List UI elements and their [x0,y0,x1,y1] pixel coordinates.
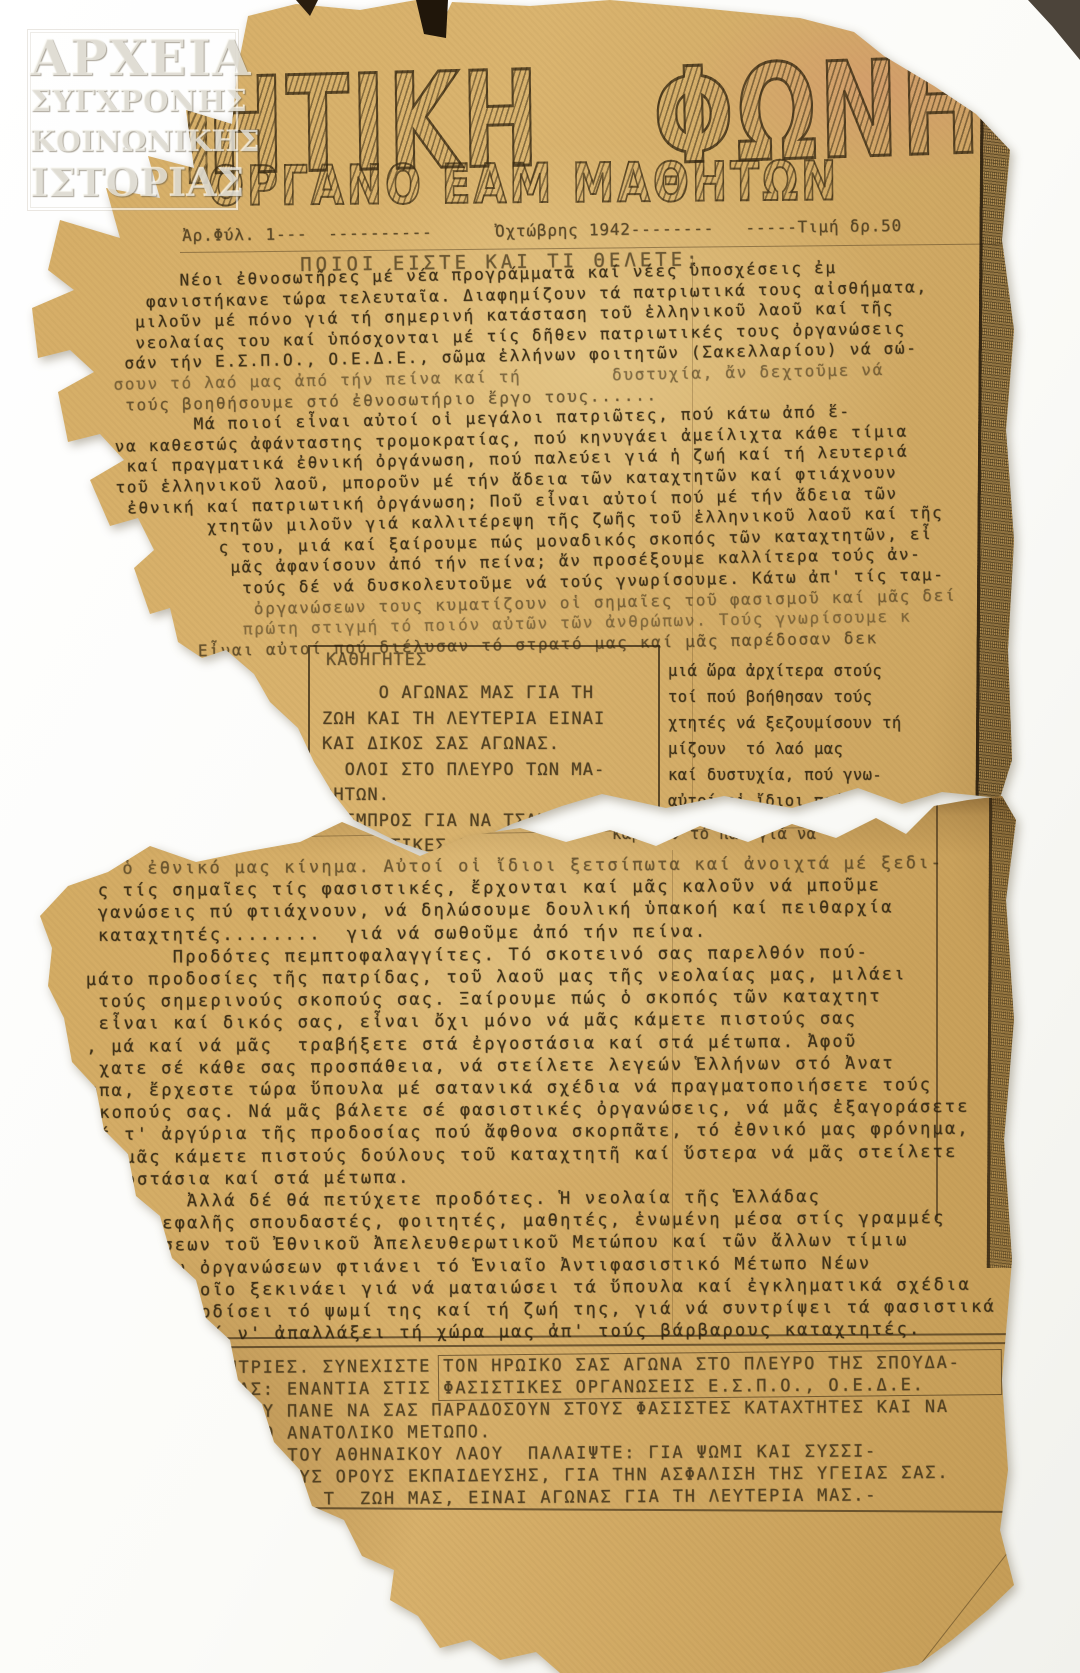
column-line-lower [936,800,938,1220]
torn-right-fragments: μέ τό μ τῶν καταχ-κάμνουν τό πᾶν γιά νά [612,798,816,846]
slogan-emphasis-box [438,1349,1002,1401]
watermark-line: ΑΡΧΕΙΑ [30,34,236,82]
text-line: κάμνουν τό πᾶν γιά νά [612,822,816,846]
watermark-line: ΚΟΙΝΩΝΙΚΗΣ [30,122,236,160]
paper-piece-lower: ΡΙΑ ΜΑΣ. μέ τό μ τῶν καταχ-κάμνουν τό πᾶ… [0,0,1080,1673]
right-edge-ink-band-lower [987,798,1041,1268]
archive-watermark: ΑΡΧΕΙΑ ΣΥΓΧΡΟΝΗΣ ΚΟΙΝΩΝΙΚΗΣ ΙΣΤΟΡΙΑΣ [28,30,238,210]
article-body-lower: ὁ ἐθνικό μας κίνημα. Αὐτοί οἱ ἴδιοι ξετσ… [85,852,996,1347]
paper-lower-surface: ΡΙΑ ΜΑΣ. μέ τό μ τῶν καταχ-κάμνουν τό πᾶ… [0,0,1080,1673]
text-line: μέ τό μ τῶν καταχ- [612,798,816,822]
torn-box-fragment-heading: ΡΙΑ ΜΑΣ. [398,812,491,831]
scanned-page: ΗΤΙΚΗ ΦΩΝΗ ΟΡΓΑΝΟ ΕΑΜ ΜΑΘΗΤΩΝ Ἀρ.Φύλ. 1-… [0,0,1080,1673]
watermark-line: ΙΣΤΟΡΙΑΣ [30,160,236,206]
watermark-line: ΣΥΓΧΡΟΝΗΣ [30,82,236,122]
torn-box-rule [300,826,845,837]
fold-crease-lower [672,850,673,1330]
corner-fold-line [921,1552,1008,1663]
